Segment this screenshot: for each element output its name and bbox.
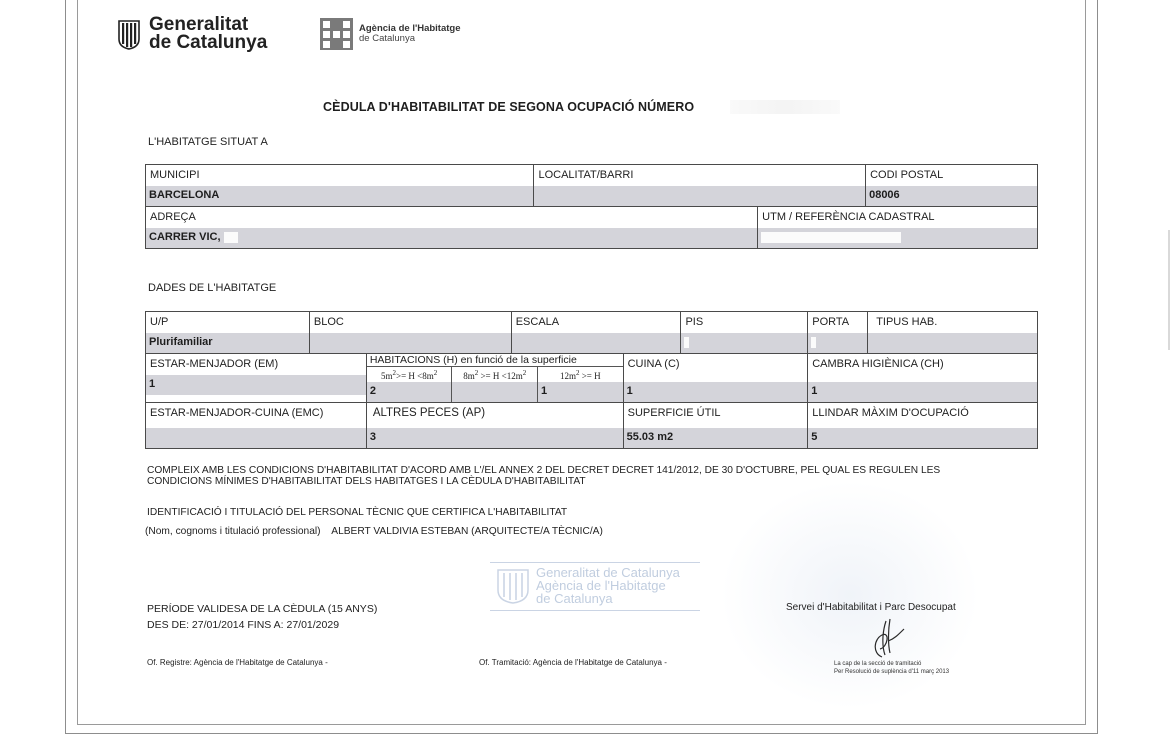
tipus-value <box>868 333 1037 353</box>
pis-cell: PIS <box>681 312 808 354</box>
validity-dates: DES DE: 27/01/2014 FINS A: 27/01/2029 <box>147 620 339 631</box>
up-cell: U/P Plurifamiliar <box>146 312 310 354</box>
catalan-coat-of-arms-icon <box>117 19 141 50</box>
tipus-cell: TIPUS HAB. <box>868 312 1038 354</box>
llindar-value: 5 <box>808 428 1037 448</box>
ap-label: ALTRES PECES (AP) <box>367 403 623 424</box>
codi-postal-value: 08006 <box>866 186 1037 206</box>
cuina-cell: CUINA (C) 1 <box>623 354 808 403</box>
porta-label: PORTA <box>808 312 867 333</box>
location-heading: L'HABITATGE SITUAT A <box>148 136 268 148</box>
office-registre: Of. Registre: Agència de l'Habitatge de … <box>147 657 328 668</box>
document-title: CÈDULA D'HABITABILITAT DE SEGONA OCUPACI… <box>323 100 694 114</box>
municipi-cell: MUNICIPI BARCELONA <box>146 165 534 207</box>
official-stamp: Generalitat de Catalunya Agència de l'Ha… <box>490 560 700 612</box>
utm-label: UTM / REFERÈNCIA CADASTRAL <box>758 207 1037 228</box>
compliance-line1: COMPLEIX AMB LES CONDICIONS D'HABITABILI… <box>147 465 940 476</box>
bloc-value <box>310 333 511 353</box>
habitacions-values: 2 1 <box>367 382 623 402</box>
signature-resolution: Per Resolució de suplència d'11 març 201… <box>834 668 949 676</box>
redacted-cadastral-reference <box>761 232 901 243</box>
handwritten-signature-icon <box>868 617 908 659</box>
em-cell: ESTAR-MENJADOR (EM) 1 <box>146 354 367 403</box>
adreca-row: CARRER VIC, <box>146 228 757 248</box>
em-value: 1 <box>146 375 366 395</box>
up-value: Plurifamiliar <box>146 333 309 353</box>
technician-prefix: (Nom, cognoms i titulació professional) <box>145 526 321 537</box>
tipus-label: TIPUS HAB. <box>868 312 1037 333</box>
range-5-8-value: 2 <box>367 382 452 402</box>
em-label: ESTAR-MENJADOR (EM) <box>146 354 366 375</box>
ap-cell: ALTRES PECES (AP) 3 <box>366 403 623 449</box>
redacted-address-number <box>224 232 238 243</box>
ap-value: 3 <box>367 428 623 448</box>
habitacions-ranges: 5m2>= H <8m2 8m2 >= H <12m2 12m2 >= H <box>367 367 623 382</box>
range-8-12-value <box>451 382 537 402</box>
compliance-line2: CONDICIONS MÍNIMES D'HABITABILITAT DELS … <box>147 476 586 487</box>
emc-value <box>146 428 366 448</box>
validity-period: PERÍODE VALIDESA DE LA CÈDULA (15 ANYS) <box>147 604 377 615</box>
range-8-12: 8m2 >= H <12m2 <box>451 367 537 382</box>
superficie-cell: SUPERFICIE ÚTIL 55.03 m2 <box>623 403 808 449</box>
redacted-certificate-number <box>730 100 840 114</box>
generalitat-logo: Generalitat de Catalunya <box>117 16 267 52</box>
localitat-cell: LOCALITAT/BARRI <box>534 165 866 207</box>
stamp-line3: de Catalunya <box>536 592 680 605</box>
llindar-cell: LLINDAR MÀXIM D'OCUPACIÓ 5 <box>808 403 1038 449</box>
bloc-cell: BLOC <box>309 312 511 354</box>
ch-label: CAMBRA HIGIÈNICA (CH) <box>808 354 1037 375</box>
location-table: MUNICIPI BARCELONA LOCALITAT/BARRI CODI … <box>145 164 1038 249</box>
generalitat-line2: de Catalunya <box>149 34 267 52</box>
superficie-label: SUPERFICIE ÚTIL <box>624 403 808 424</box>
stamp-text: Generalitat de Catalunya Agència de l'Ha… <box>536 566 680 605</box>
bloc-label: BLOC <box>310 312 511 333</box>
habitacions-label: HABITACIONS (H) en funció de la superfic… <box>367 354 623 367</box>
technician-heading: IDENTIFICACIÓ I TITULACIÓ DEL PERSONAL T… <box>147 507 567 518</box>
redacted-door <box>811 337 816 348</box>
range-12-plus-value: 1 <box>537 382 623 402</box>
adreca-value: CARRER VIC, <box>149 231 221 243</box>
cuina-value: 1 <box>624 382 808 402</box>
range-12-plus: 12m2 >= H <box>537 367 623 382</box>
signature-caption: La cap de la secció de tramitació Per Re… <box>834 660 949 676</box>
agency-logo: Agència de l'Habitatge de Catalunya <box>320 18 461 50</box>
agency-grid-logo-icon <box>320 18 353 50</box>
porta-row <box>808 333 867 353</box>
ch-value: 1 <box>808 382 1037 402</box>
adreca-label: ADREÇA <box>146 207 757 228</box>
signature-department: Servei d'Habitabilitat i Parc Desocupat <box>786 602 956 613</box>
ch-cell: CAMBRA HIGIÈNICA (CH) 1 <box>808 354 1038 403</box>
up-label: U/P <box>146 312 309 333</box>
emc-cell: ESTAR-MENJADOR-CUINA (EMC) <box>146 403 367 449</box>
localitat-value <box>534 186 865 206</box>
municipi-value: BARCELONA <box>146 186 533 206</box>
stamp-coat-of-arms-icon <box>496 568 530 604</box>
superficie-value: 55.03 m2 <box>624 428 808 448</box>
pis-row <box>681 333 807 353</box>
utm-row <box>758 228 1037 248</box>
emc-label: ESTAR-MENJADOR-CUINA (EMC) <box>146 403 366 424</box>
localitat-label: LOCALITAT/BARRI <box>534 165 865 186</box>
dwelling-heading: DADES DE L'HABITATGE <box>148 282 276 294</box>
codi-postal-label: CODI POSTAL <box>866 165 1037 186</box>
escala-value <box>512 333 681 353</box>
adreca-cell: ADREÇA CARRER VIC, <box>146 207 758 249</box>
llindar-label: LLINDAR MÀXIM D'OCUPACIÓ <box>808 403 1037 424</box>
dwelling-table: U/P Plurifamiliar BLOC ESCALA PIS PORTA … <box>145 311 1038 449</box>
porta-cell: PORTA <box>808 312 868 354</box>
utm-cell: UTM / REFERÈNCIA CADASTRAL <box>758 207 1038 249</box>
pis-label: PIS <box>681 312 807 333</box>
escala-label: ESCALA <box>512 312 681 333</box>
signature-role: La cap de la secció de tramitació <box>834 660 949 668</box>
municipi-label: MUNICIPI <box>146 165 533 186</box>
technician-line: (Nom, cognoms i titulació professional) … <box>145 526 603 537</box>
office-tramitacio: Of. Tramitació: Agència de l'Habitatge d… <box>479 657 667 668</box>
range-5-8: 5m2>= H <8m2 <box>367 367 452 382</box>
redacted-floor <box>684 337 689 348</box>
cuina-label: CUINA (C) <box>624 354 808 375</box>
technician-name: ALBERT VALDIVIA ESTEBAN (ARQUITECTE/A TÈ… <box>331 526 603 537</box>
habitacions-cell: HABITACIONS (H) en funció de la superfic… <box>366 354 623 403</box>
codi-postal-cell: CODI POSTAL 08006 <box>866 165 1038 207</box>
agency-line2: de Catalunya <box>359 34 461 44</box>
escala-cell: ESCALA <box>511 312 681 354</box>
